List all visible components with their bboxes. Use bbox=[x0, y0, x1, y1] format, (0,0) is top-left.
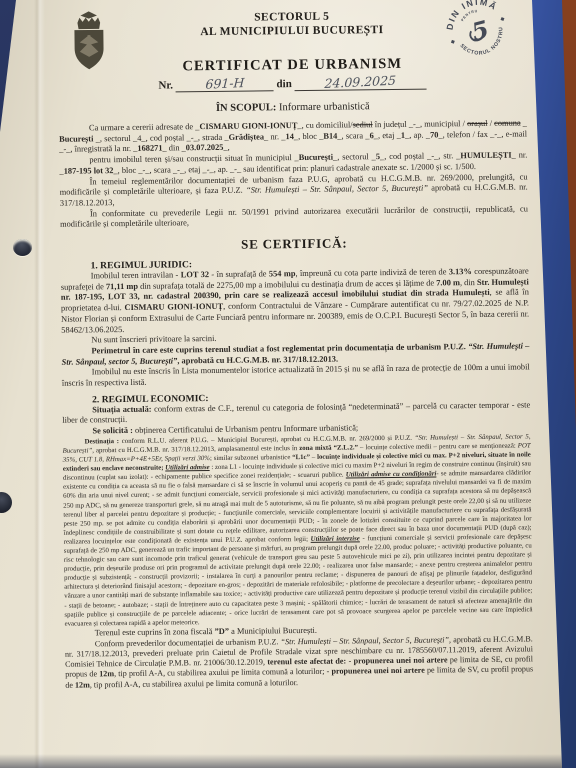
scope-row: ÎN SCOPUL: Informare urbanistică bbox=[59, 99, 527, 115]
nr-blank: 691-H bbox=[176, 77, 274, 92]
paragraph-destinatia: Destinația : conform R.L.U. aferent P.U.… bbox=[62, 432, 532, 628]
nr-label: Nr. bbox=[158, 79, 173, 91]
date-blank: 24.09.2025 bbox=[294, 76, 426, 91]
document-content: DIN INIMĂ SECTORUL NOSTRU PENTRU ◆ ◆ 5 S… bbox=[0, 0, 576, 691]
date-handwritten-value: 24.09.2025 bbox=[324, 75, 396, 89]
svg-text:◆: ◆ bbox=[450, 38, 457, 46]
paragraph-request: Ca urmare a cererii adresate de _CISMARU… bbox=[59, 118, 527, 155]
doc-number-row: Nr. 691-H din 24.09.2025 bbox=[58, 74, 526, 93]
doc-body: Ca urmare a cererii adresate de _CISMARU… bbox=[59, 118, 533, 690]
paragraph-juridic: Imobilul teren intravilan - LOT 32 - în … bbox=[61, 266, 530, 336]
photo-scene: DIN INIMĂ SECTORUL NOSTRU PENTRU ◆ ◆ 5 S… bbox=[0, 0, 576, 768]
certify-heading: SE CERTIFICĂ: bbox=[60, 233, 528, 254]
svg-text:◆: ◆ bbox=[500, 16, 507, 24]
coat-of-arms-icon bbox=[66, 10, 113, 75]
din-label: din bbox=[276, 78, 291, 90]
scope-label: ÎN SCOPUL: bbox=[216, 102, 277, 114]
paragraph-monumente: Imobilul nu este înscris în Lista monume… bbox=[62, 363, 530, 390]
paragraph-profile-stradale: Conform prevederilor documentației de ur… bbox=[65, 634, 534, 691]
paragraph-legal-basis: În temeiul reglementărilor documentației… bbox=[60, 172, 528, 209]
nr-handwritten-value: 691-H bbox=[205, 77, 245, 90]
svg-text:DIN INIMĂ: DIN INIMĂ bbox=[437, 0, 502, 34]
scope-value: Informare urbanistică bbox=[276, 101, 369, 113]
svg-text:5: 5 bbox=[469, 15, 492, 46]
paragraph-law-50-1991: În conformitate cu prevederile Legii nr.… bbox=[60, 204, 528, 231]
